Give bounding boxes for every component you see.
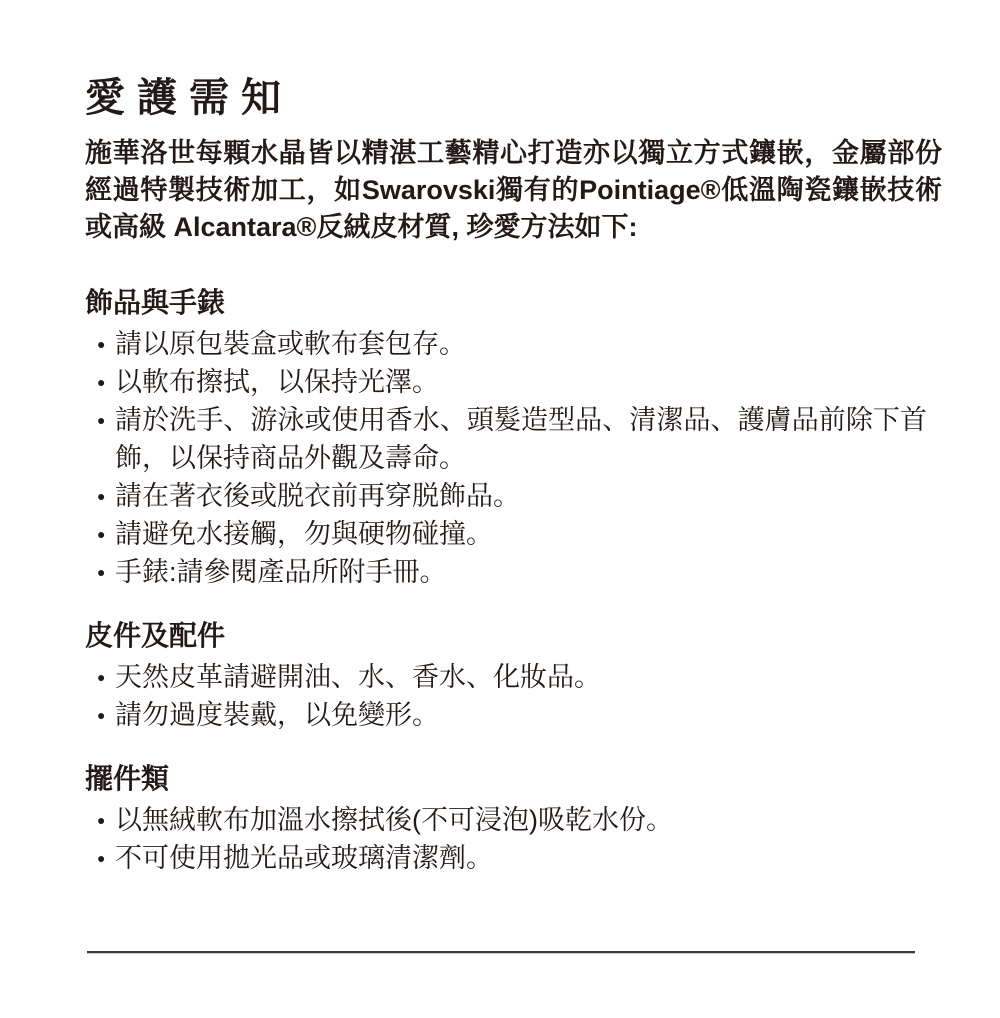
care-instructions-document: 愛護需知 施華洛世每顆水晶皆以精湛工藝精心打造亦以獨立方式鑲嵌，金屬部份經過特製…: [0, 0, 1000, 954]
list-item: ● 請勿過度裝戴，以免變形。: [85, 696, 942, 734]
list-item-text: 請以原包裝盒或軟布套包存。: [115, 325, 927, 363]
bullet-icon: ●: [97, 477, 115, 515]
list-item: ● 以軟布擦拭，以保持光澤。: [85, 363, 942, 401]
list-item-text: 請勿過度裝戴，以免變形。: [115, 696, 927, 734]
list-item: ● 請於洗手、游泳或使用香水、頭髮造型品、清潔品、護膚品前除下首飾，以保持商品外…: [85, 401, 942, 477]
bullet-list: ● 以無絨軟布加溫水擦拭後(不可浸泡)吸乾水份。 ● 不可使用拋光品或玻璃清潔劑…: [85, 801, 942, 877]
section-heading: 飾品與手錶: [85, 288, 942, 318]
bottom-divider-line: [87, 951, 915, 954]
bullet-icon: ●: [97, 696, 115, 734]
bullet-icon: ●: [97, 401, 115, 439]
bullet-icon: ●: [97, 801, 115, 839]
bullet-icon: ●: [97, 839, 115, 877]
list-item: ● 手錶:請參閱產品所附手冊。: [85, 553, 942, 591]
list-item: ● 以無絨軟布加溫水擦拭後(不可浸泡)吸乾水份。: [85, 801, 942, 839]
section-jewelry-watches: 飾品與手錶 ● 請以原包裝盒或軟布套包存。 ● 以軟布擦拭，以保持光澤。 ● 請…: [85, 288, 942, 591]
list-item-text: 手錶:請參閱產品所附手冊。: [115, 553, 927, 591]
bullet-list: ● 請以原包裝盒或軟布套包存。 ● 以軟布擦拭，以保持光澤。 ● 請於洗手、游泳…: [85, 325, 942, 591]
page-title: 愛護需知: [85, 78, 942, 118]
list-item-text: 請避免水接觸，勿與硬物碰撞。: [115, 515, 927, 553]
list-item: ● 請以原包裝盒或軟布套包存。: [85, 325, 942, 363]
list-item: ● 請避免水接觸，勿與硬物碰撞。: [85, 515, 942, 553]
section-leather-accessories: 皮件及配件 ● 天然皮革請避開油、水、香水、化妝品。 ● 請勿過度裝戴，以免變形…: [85, 621, 942, 734]
list-item-text: 請於洗手、游泳或使用香水、頭髮造型品、清潔品、護膚品前除下首飾，以保持商品外觀及…: [115, 401, 927, 477]
list-item-text: 以無絨軟布加溫水擦拭後(不可浸泡)吸乾水份。: [115, 801, 927, 839]
list-item-text: 請在著衣後或脱衣前再穿脱飾品。: [115, 477, 927, 515]
bullet-icon: ●: [97, 553, 115, 591]
list-item-text: 天然皮革請避開油、水、香水、化妝品。: [115, 658, 927, 696]
list-item: ● 天然皮革請避開油、水、香水、化妝品。: [85, 658, 942, 696]
section-heading: 皮件及配件: [85, 621, 942, 651]
list-item: ● 請在著衣後或脱衣前再穿脱飾品。: [85, 477, 942, 515]
bullet-list: ● 天然皮革請避開油、水、香水、化妝品。 ● 請勿過度裝戴，以免變形。: [85, 658, 942, 734]
intro-paragraph: 施華洛世每顆水晶皆以精湛工藝精心打造亦以獨立方式鑲嵌，金屬部份經過特製技術加工，…: [85, 135, 942, 246]
section-heading: 擺件類: [85, 764, 942, 794]
list-item-text: 以軟布擦拭，以保持光澤。: [115, 363, 927, 401]
bullet-icon: ●: [97, 658, 115, 696]
list-item: ● 不可使用拋光品或玻璃清潔劑。: [85, 839, 942, 877]
bullet-icon: ●: [97, 515, 115, 553]
section-ornaments: 擺件類 ● 以無絨軟布加溫水擦拭後(不可浸泡)吸乾水份。 ● 不可使用拋光品或玻…: [85, 764, 942, 877]
bullet-icon: ●: [97, 325, 115, 363]
list-item-text: 不可使用拋光品或玻璃清潔劑。: [115, 839, 927, 877]
bullet-icon: ●: [97, 363, 115, 401]
